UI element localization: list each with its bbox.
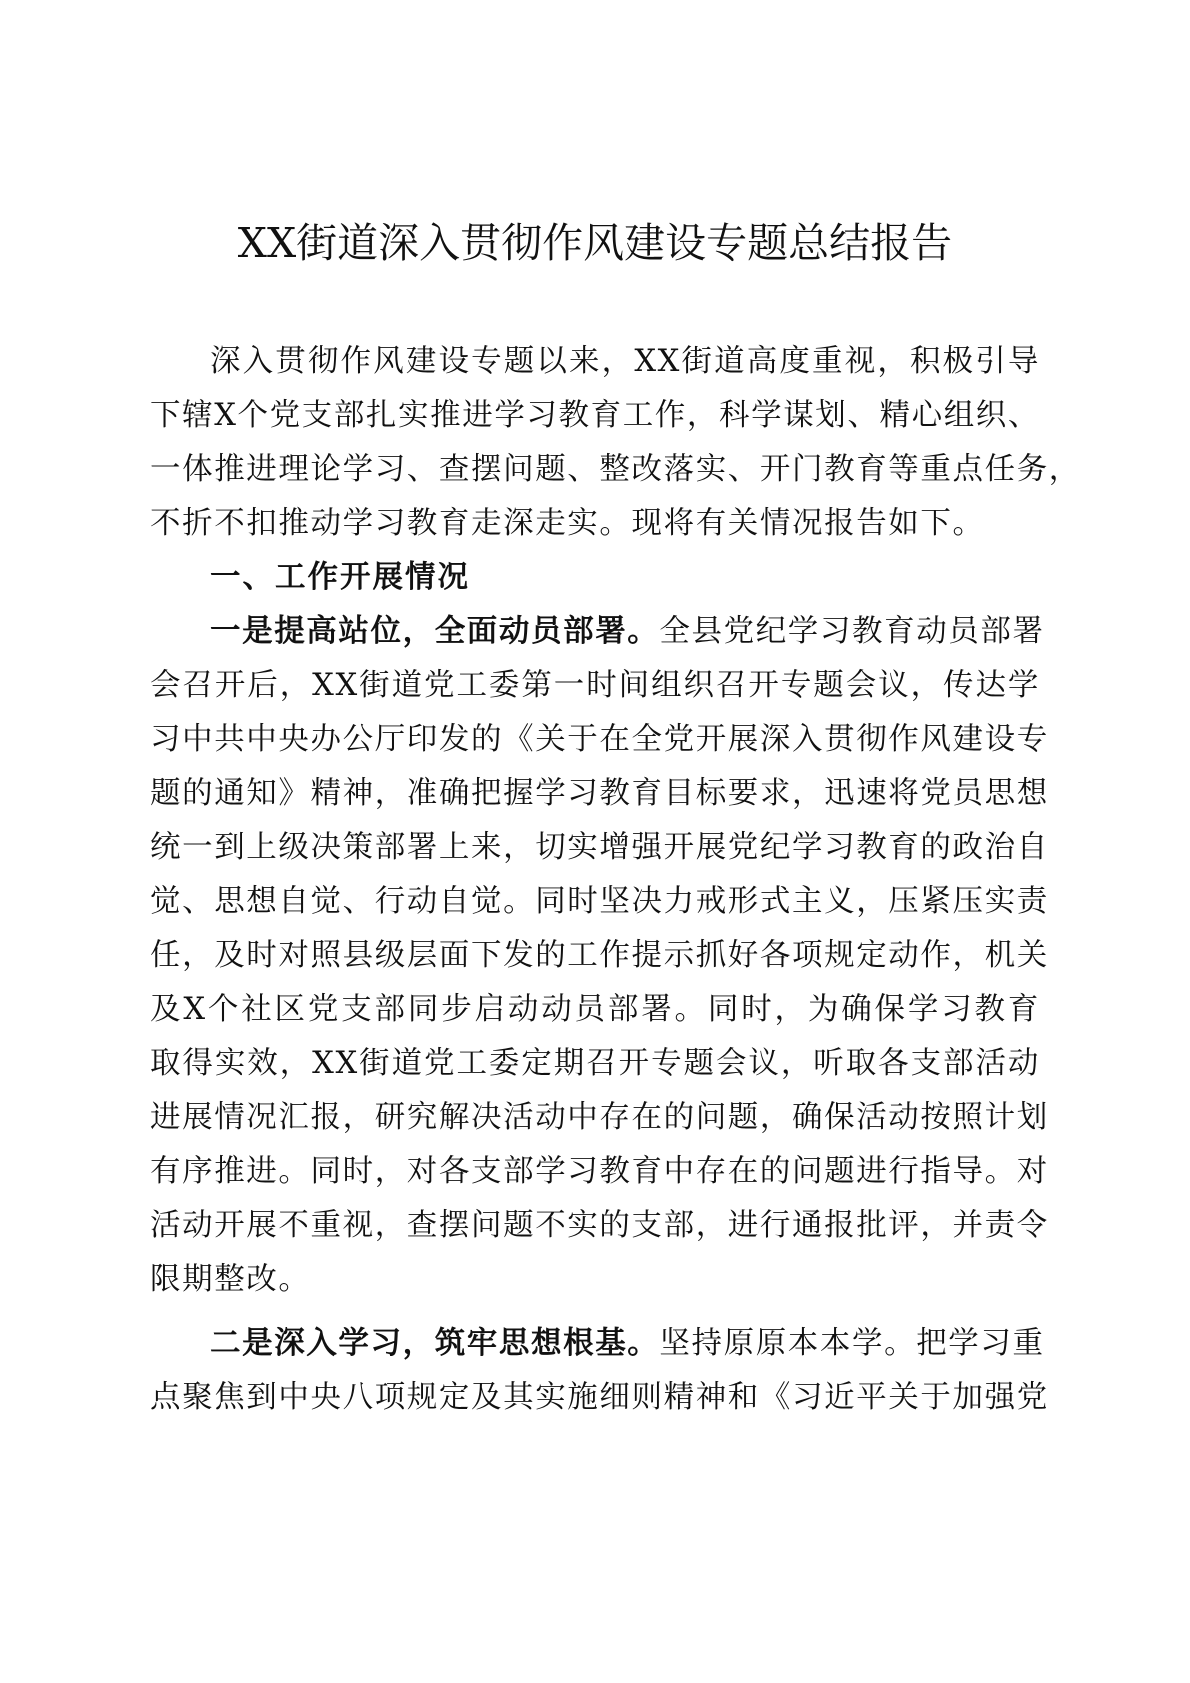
item-text: 坚持原原本本学。把学习重 — [659, 1326, 1044, 1361]
intro-line: 一体推进理论学习、查摆问题、整改落实、开门教育等重点任务， — [150, 444, 1040, 488]
paragraph-line: 统一到上级决策部署上来，切实增强开展党纪学习教育的政治自 — [150, 822, 1040, 866]
paragraph-first-line: 一是提高站位，全面动员部署。全县党纪学习教育动员部署 — [210, 606, 1040, 650]
paragraph-line: 取得实效，XX街道党工委定期召开专题会议，听取各支部活动 — [150, 1038, 1040, 1082]
paragraph-line: 觉、思想自觉、行动自觉。同时坚决力戒形式主义，压紧压实责 — [150, 876, 1040, 920]
paragraph-line: 题的通知》精神，准确把握学习教育目标要求，迅速将党员思想 — [150, 768, 1040, 812]
intro-line: 下辖X个党支部扎实推进学习教育工作，科学谋划、精心组织、 — [150, 390, 1040, 434]
paragraph-line: 及X个社区党支部同步启动动员部署。同时，为确保学习教育 — [150, 984, 1040, 1028]
item-text: 全县党纪学习教育动员部署 — [659, 614, 1044, 649]
intro-line: 不折不扣推动学习教育走深走实。现将有关情况报告如下。 — [150, 498, 1040, 542]
paragraph-line: 限期整改。 — [150, 1254, 1040, 1298]
paragraph-first-line: 二是深入学习，筑牢思想根基。坚持原原本本学。把学习重 — [210, 1318, 1040, 1362]
paragraph-line: 任，及时对照县级层面下发的工作提示抓好各项规定动作，机关 — [150, 930, 1040, 974]
item-lead: 二是深入学习，筑牢思想根基。 — [210, 1326, 659, 1361]
paragraph-line: 进展情况汇报，研究解决活动中存在的问题，确保活动按照计划 — [150, 1092, 1040, 1136]
paragraph-line: 活动开展不重视，查摆问题不实的支部，进行通报批评，并责令 — [150, 1200, 1040, 1244]
paragraph-line: 点聚焦到中央八项规定及其实施细则精神和《习近平关于加强党 — [150, 1372, 1040, 1416]
item-lead: 一是提高站位，全面动员部署。 — [210, 614, 659, 649]
paragraph-line: 有序推进。同时，对各支部学习教育中存在的问题进行指导。对 — [150, 1146, 1040, 1190]
section-heading: 一、工作开展情况 — [210, 552, 1040, 596]
intro-line: 深入贯彻作风建设专题以来，XX街道高度重视，积极引导 — [210, 336, 1040, 380]
paragraph-line: 会召开后，XX街道党工委第一时间组织召开专题会议，传达学 — [150, 660, 1040, 704]
paragraph-line: 习中共中央办公厅印发的《关于在全党开展深入贯彻作风建设专 — [150, 714, 1040, 758]
document-title: XX街道深入贯彻作风建设专题总结报告 — [0, 210, 1190, 269]
